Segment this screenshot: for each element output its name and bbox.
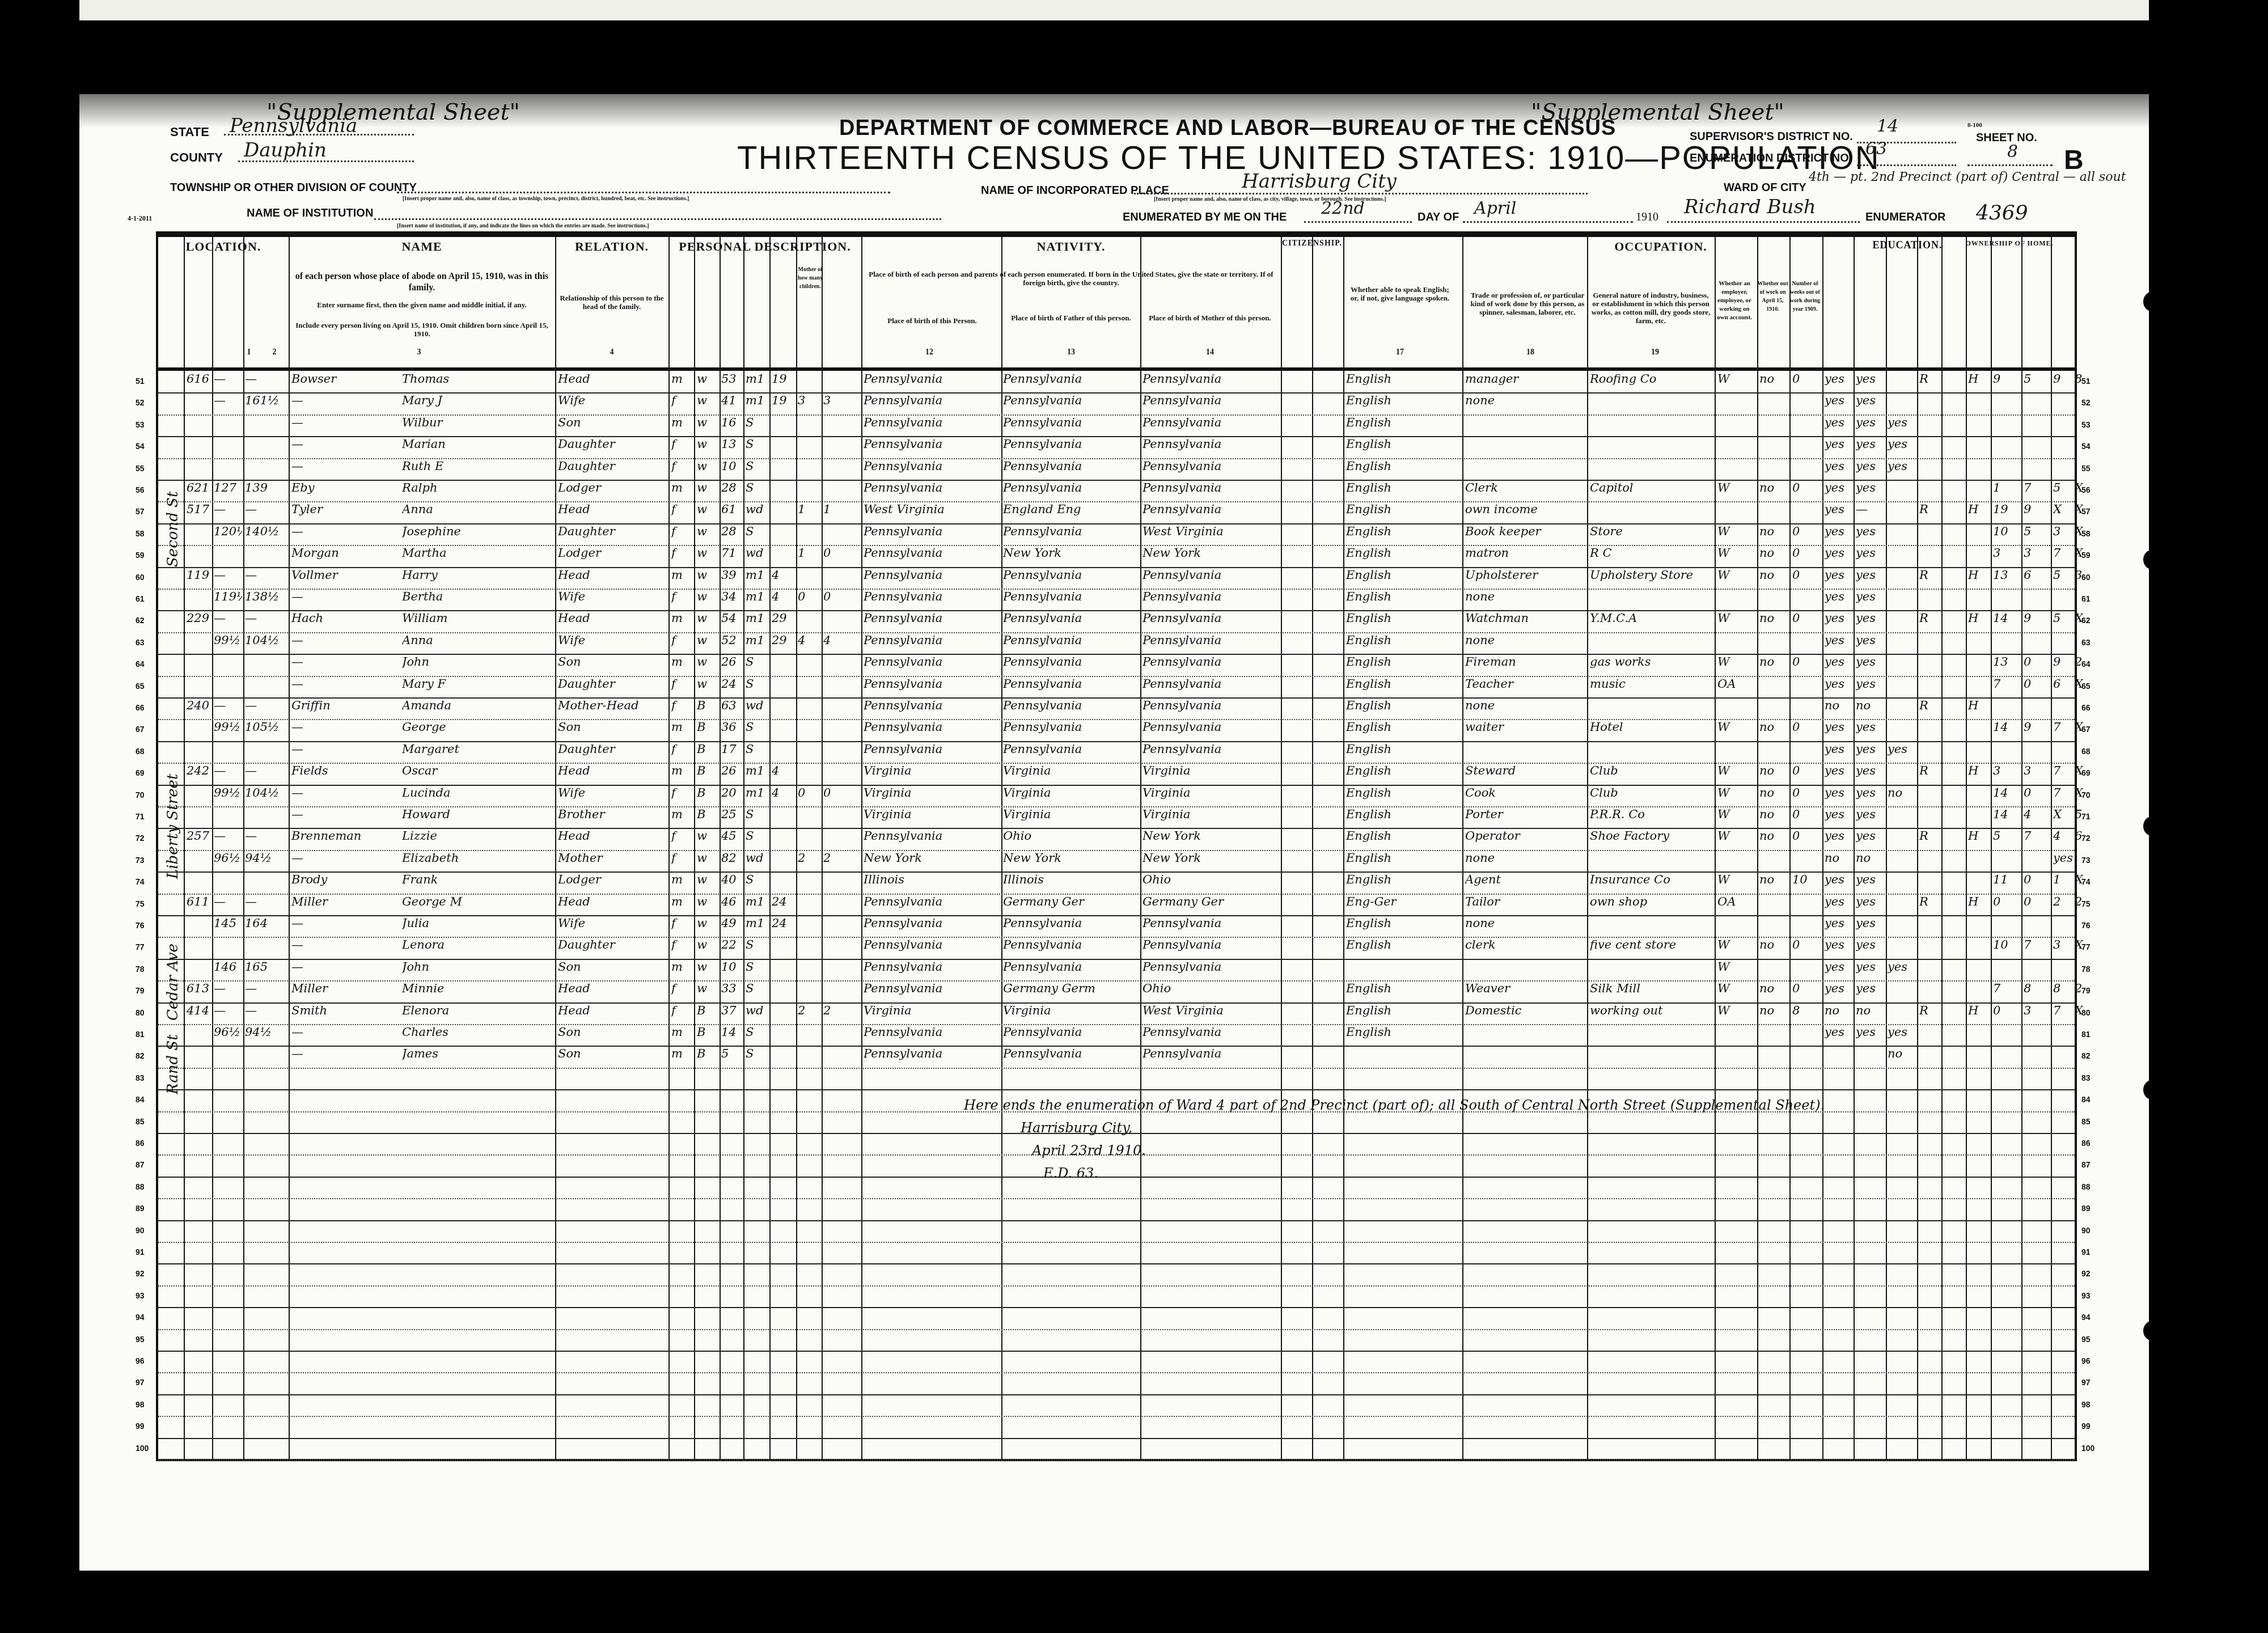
cell-given: Julia: [402, 916, 552, 930]
cell-family: —: [245, 502, 287, 516]
line-number: 86: [136, 1139, 145, 1148]
cell-dwelling: —: [214, 502, 242, 516]
cell-dwelling: —: [214, 568, 242, 582]
cell-family: 94½: [245, 1025, 287, 1039]
out-of-work-header: Whether out of work on April 15, 1910.: [1757, 280, 1788, 314]
cell-c32: X: [2075, 1004, 2083, 1017]
table-row: 676799½105½—GeorgeSonmB36SPennsylvaniaPe…: [158, 719, 2075, 742]
cell-write: yes: [1856, 546, 1884, 560]
group-nativity: NATIVITY.: [861, 239, 1281, 261]
cell-lang: English: [1346, 720, 1459, 734]
cell-family: —: [245, 982, 287, 995]
line-number: 90: [136, 1226, 145, 1235]
cell-age: 5: [721, 1047, 743, 1060]
cell-c32: 2: [2075, 655, 2082, 669]
cell-write: yes: [1856, 524, 1884, 538]
cell-family: 164: [245, 916, 287, 930]
line-number: 53: [2081, 420, 2091, 429]
cell-father: New York: [1003, 851, 1139, 865]
cell-sex: m: [671, 873, 693, 886]
cell-read: no: [1825, 699, 1852, 712]
cell-color: w: [697, 459, 718, 473]
cell-weeks: 10: [1792, 873, 1821, 886]
cell-write: yes: [1856, 807, 1884, 821]
cell-color: w: [697, 546, 718, 560]
line-number: 74: [136, 877, 145, 886]
cell-c30: 7: [2024, 481, 2050, 494]
cell-relation: Mother: [558, 851, 666, 865]
county-value: Dauphin: [244, 139, 327, 162]
cell-c31: 9: [2053, 372, 2076, 386]
cell-sex: f: [671, 786, 693, 799]
cell-given: Bertha: [402, 590, 552, 603]
cell-owned: R: [1919, 1004, 1940, 1017]
cell-relation: Mother-Head: [558, 699, 666, 712]
census-page: State Pennsylvania County Dauphin "Suppl…: [79, 0, 2149, 1571]
cell-father: Pennsylvania: [1003, 1025, 1139, 1039]
birth-father-header: Place of birth of Father of this person.: [1003, 314, 1139, 322]
line-number: 71: [2081, 812, 2091, 821]
cell-family: 138½: [245, 590, 287, 603]
cell-birth: New York: [864, 851, 1000, 865]
cell-birth: Pennsylvania: [864, 394, 1000, 407]
cell-relation: Head: [558, 568, 666, 582]
cell-color: B: [697, 786, 718, 799]
cell-write: yes: [1856, 655, 1884, 669]
supervisor-district-label: Supervisor's District No.: [1690, 130, 1853, 143]
cell-trade: none: [1465, 633, 1584, 647]
cell-surname: Bowser: [291, 372, 399, 386]
table-row: 8888: [158, 1177, 2075, 1199]
cell-yrs: 19: [772, 372, 794, 386]
cell-emp: W: [1717, 960, 1754, 974]
table-row: 818196½94½—CharlesSonmB14SPennsylvaniaPe…: [158, 1024, 2075, 1047]
line-number: 90: [2081, 1226, 2091, 1235]
cell-c31: X: [2053, 502, 2076, 516]
cell-c32: X: [2075, 764, 2083, 777]
cell-house: 229: [187, 611, 212, 625]
cell-dwelling: 99½: [214, 720, 242, 734]
cell-c29: 10: [1993, 938, 2020, 951]
state-line: [224, 134, 414, 136]
cell-industry: working out: [1590, 1004, 1712, 1017]
cell-owned: R: [1919, 895, 1940, 908]
cell-read: no: [1825, 851, 1852, 865]
colnum-19: 19: [1644, 348, 1666, 357]
group-name: NAME: [289, 239, 555, 261]
cell-industry: Roofing Co: [1590, 372, 1712, 386]
cell-trade: waiter: [1465, 720, 1584, 734]
cell-father: Virginia: [1003, 807, 1139, 821]
cell-c31: 5: [2053, 568, 2076, 582]
cell-age: 17: [721, 742, 743, 756]
cell-surname: Morgan: [291, 546, 399, 560]
cell-father: Pennsylvania: [1003, 590, 1139, 603]
cell-relation: Head: [558, 502, 666, 516]
cell-industry: gas works: [1590, 655, 1712, 669]
cell-birth: Pennsylvania: [864, 372, 1000, 386]
cell-color: w: [697, 416, 718, 429]
cell-color: B: [697, 1025, 718, 1039]
cell-marital: wd: [746, 1004, 768, 1017]
supplemental-sheet-left: "Supplemental Sheet": [266, 99, 520, 125]
cell-out: no: [1759, 481, 1788, 494]
cell-out: no: [1759, 829, 1788, 843]
cell-family: —: [245, 829, 287, 843]
cell-marital: m1: [746, 372, 768, 386]
colnum-14: 14: [1199, 348, 1221, 357]
cell-c31: 7: [2053, 764, 2076, 777]
cell-c30: 3: [2024, 1004, 2050, 1017]
line-number: 55: [136, 464, 145, 473]
cell-color: w: [697, 655, 718, 669]
table-row: 9898: [158, 1394, 2075, 1417]
cell-c29: 0: [1993, 1004, 2020, 1017]
cell-trade: clerk: [1465, 938, 1584, 951]
table-row: 5151616——BowserThomasHeadmw53m119Pennsyl…: [158, 371, 2075, 394]
line-number: 71: [136, 812, 145, 821]
cell-emp: W: [1717, 372, 1754, 386]
cell-school: yes: [1888, 416, 1916, 429]
cell-sex: f: [671, 938, 693, 951]
cell-relation: Lodger: [558, 481, 666, 494]
cell-write: yes: [1856, 829, 1884, 843]
supervisor-district-value: 14: [1877, 116, 1898, 136]
cell-write: yes: [1856, 611, 1884, 625]
cell-c31: 7: [2053, 786, 2076, 799]
punch-hole: [2143, 292, 2160, 311]
cell-sex: m: [671, 960, 693, 974]
cell-c30: 0: [2024, 895, 2050, 908]
group-location: LOCATION.: [158, 239, 289, 261]
cell-given: Frank: [402, 873, 552, 886]
cell-age: 41: [721, 394, 743, 407]
cell-weeks: 0: [1792, 786, 1821, 799]
cell-color: w: [697, 524, 718, 538]
stamp-number: 4369: [1976, 201, 2028, 225]
cell-c32: X: [2075, 786, 2083, 799]
cell-mother: Pennsylvania: [1143, 720, 1279, 734]
cell-industry: Y.M.C.A: [1590, 611, 1712, 625]
cell-yrs: 4: [772, 568, 794, 582]
incorporated-place-value: Harrisburg City: [1242, 170, 1397, 193]
cell-birth: Virginia: [864, 1004, 1000, 1017]
cell-emp: W: [1717, 807, 1754, 821]
cell-color: w: [697, 851, 718, 865]
cell-born: 1: [798, 546, 820, 560]
cell-trade: Upholsterer: [1465, 568, 1584, 582]
cell-marital: S: [746, 416, 768, 429]
sheet-line: [1967, 164, 2053, 166]
line-number: 54: [136, 442, 145, 451]
cell-farm: H: [1968, 611, 1988, 625]
line-number: 75: [136, 899, 145, 908]
line-number: 99: [136, 1422, 145, 1431]
cell-relation: Head: [558, 895, 666, 908]
cell-father: Pennsylvania: [1003, 916, 1139, 930]
line-number: 68: [136, 747, 145, 756]
cell-emp: W: [1717, 1004, 1754, 1017]
cell-father: Illinois: [1003, 873, 1139, 886]
cell-living: 2: [823, 851, 857, 865]
cell-birth: Illinois: [864, 873, 1000, 886]
line-number: 51: [2081, 376, 2091, 386]
cell-mother: Pennsylvania: [1143, 416, 1279, 429]
cell-age: 14: [721, 1025, 743, 1039]
enumerator-name: Richard Bush: [1684, 196, 1816, 218]
cell-write: yes: [1856, 633, 1884, 647]
cell-lang: English: [1346, 677, 1459, 691]
line-number: 77: [136, 942, 145, 951]
line-number: 82: [136, 1051, 145, 1060]
cell-c32: 8: [2075, 372, 2082, 386]
cell-family: —: [245, 764, 287, 777]
cell-lang: English: [1346, 481, 1459, 494]
census-table: LOCATION. NAME RELATION. PERSONAL DESCRI…: [156, 231, 2077, 1461]
closing-note-line1: Here ends the enumeration of Ward 4 part…: [964, 1097, 1825, 1113]
street-label: Rand St: [164, 1034, 181, 1094]
day-line: [1304, 221, 1412, 223]
cell-age: 26: [721, 655, 743, 669]
cell-surname: Brody: [291, 873, 399, 886]
cell-emp: OA: [1717, 677, 1754, 691]
cell-mother: Pennsylvania: [1143, 611, 1279, 625]
cell-read: yes: [1825, 829, 1852, 843]
line-number: 63: [136, 638, 145, 647]
cell-age: 33: [721, 982, 743, 995]
cell-c31: 7: [2053, 720, 2076, 734]
line-number: 79: [136, 986, 145, 995]
table-row: 5454—MarianDaughterfw13SPennsylvaniaPenn…: [158, 436, 2075, 459]
cell-c30: 5: [2024, 524, 2050, 538]
cell-age: 24: [721, 677, 743, 691]
table-row: 100100: [158, 1438, 2075, 1461]
cell-trade: Weaver: [1465, 982, 1584, 995]
cell-given: Anna: [402, 502, 552, 516]
line-number: 76: [136, 921, 145, 930]
cell-lang: English: [1346, 982, 1459, 995]
punch-hole: [2143, 1080, 2160, 1099]
cell-marital: S: [746, 742, 768, 756]
cell-marital: m1: [746, 916, 768, 930]
cell-surname: —: [291, 677, 399, 691]
cell-dwelling: —: [214, 394, 242, 407]
cell-c29: 1: [1993, 481, 2020, 494]
line-number: 61: [136, 594, 145, 603]
closing-note-line2: Harrisburg City,: [1021, 1120, 1132, 1136]
cell-born: 3: [798, 394, 820, 407]
cell-marital: m1: [746, 590, 768, 603]
line-number: 95: [136, 1335, 145, 1344]
cell-c29: 14: [1993, 807, 2020, 821]
cell-dwelling: —: [214, 764, 242, 777]
cell-lang: English: [1346, 372, 1459, 386]
line-number: 85: [2081, 1117, 2091, 1126]
cell-house: 613: [187, 982, 212, 995]
line-number: 97: [2081, 1378, 2091, 1387]
cell-age: 63: [721, 699, 743, 712]
cell-trade: Clerk: [1465, 481, 1584, 494]
line-number: 99: [2081, 1422, 2091, 1431]
cell-owned: R: [1919, 699, 1940, 712]
cell-read: yes: [1825, 895, 1852, 908]
cell-write: —: [1856, 502, 1884, 516]
cell-relation: Head: [558, 1004, 666, 1017]
cell-dwelling: 127: [214, 481, 242, 494]
cell-lang: English: [1346, 459, 1459, 473]
cell-surname: Fields: [291, 764, 399, 777]
cell-mother: West Virginia: [1143, 524, 1279, 538]
cell-c29: 14: [1993, 786, 2020, 799]
cell-emp: W: [1717, 982, 1754, 995]
cell-c30: 0: [2024, 655, 2050, 669]
cell-birth: Pennsylvania: [864, 459, 1000, 473]
cell-given: Mary F: [402, 677, 552, 691]
cell-farm: H: [1968, 895, 1988, 908]
cell-c30: 0: [2024, 677, 2050, 691]
cell-dwelling: —: [214, 982, 242, 995]
cell-sex: f: [671, 590, 693, 603]
cell-c29: 0: [1993, 895, 2020, 908]
cell-age: 46: [721, 895, 743, 908]
cell-farm: H: [1968, 829, 1988, 843]
line-number: 97: [136, 1378, 145, 1387]
name-hint-include: Include every person living on April 15,…: [294, 321, 549, 338]
line-number: 52: [136, 398, 145, 407]
cell-dwelling: 96½: [214, 1025, 242, 1039]
cell-dwelling: 99½: [214, 786, 242, 799]
cell-color: B: [697, 1047, 718, 1060]
cell-out: no: [1759, 524, 1788, 538]
cell-industry: Store: [1590, 524, 1712, 538]
cell-surname: —: [291, 416, 399, 429]
cell-lang: English: [1346, 546, 1459, 560]
cell-age: 71: [721, 546, 743, 560]
cell-marital: S: [746, 677, 768, 691]
cell-age: 28: [721, 481, 743, 494]
cell-yrs: 29: [772, 633, 794, 647]
cell-trade: Book keeper: [1465, 524, 1584, 538]
cell-write: yes: [1856, 481, 1884, 494]
colnum-1: 1: [238, 348, 260, 357]
cell-c30: 3: [2024, 546, 2050, 560]
cell-write: yes: [1856, 677, 1884, 691]
cell-father: Pennsylvania: [1003, 437, 1139, 451]
cell-write: no: [1856, 1004, 1884, 1017]
cell-lang: English: [1346, 1025, 1459, 1039]
cell-age: 61: [721, 502, 743, 516]
cell-dwelling: —: [214, 1004, 242, 1017]
cell-mother: Pennsylvania: [1143, 372, 1279, 386]
cell-industry: music: [1590, 677, 1712, 691]
cell-write: yes: [1856, 786, 1884, 799]
cell-write: yes: [1856, 459, 1884, 473]
cell-color: w: [697, 677, 718, 691]
table-row: 9797: [158, 1372, 2075, 1395]
birth-person-header: Place of birth of this Person.: [864, 316, 1000, 325]
cell-c32: X: [2075, 524, 2083, 538]
cell-write: yes: [1856, 416, 1884, 429]
cell-father: Pennsylvania: [1003, 416, 1139, 429]
scan-dark-band: [79, 20, 2149, 94]
cell-relation: Lodger: [558, 873, 666, 886]
cell-sex: f: [671, 633, 693, 647]
cell-c29: 13: [1993, 568, 2020, 582]
cell-c29: 7: [1993, 982, 2020, 995]
cell-age: 34: [721, 590, 743, 603]
cell-trade: matron: [1465, 546, 1584, 560]
table-row: 6262229——HachWilliamHeadmw54m129Pennsylv…: [158, 610, 2075, 633]
cell-mother: Pennsylvania: [1143, 1025, 1279, 1039]
cell-marital: S: [746, 1047, 768, 1060]
cell-given: Oscar: [402, 764, 552, 777]
cell-read: yes: [1825, 960, 1852, 974]
table-row: 7171—HowardBrothermB25SVirginiaVirginiaV…: [158, 806, 2075, 829]
line-number: 69: [136, 768, 145, 777]
cell-weeks: 0: [1792, 764, 1821, 777]
cell-age: 39: [721, 568, 743, 582]
county-line: [238, 160, 414, 162]
cell-sex: f: [671, 851, 693, 865]
cell-industry: Hotel: [1590, 720, 1712, 734]
line-number: 87: [2081, 1160, 2091, 1169]
cell-birth: Pennsylvania: [864, 1047, 1000, 1060]
cell-surname: Brenneman: [291, 829, 399, 843]
cell-given: Anna: [402, 633, 552, 647]
cell-emp: W: [1717, 611, 1754, 625]
table-row: 9999: [158, 1416, 2075, 1439]
sheet-no-label: Sheet No.: [1976, 132, 2037, 145]
enumeration-district-value: 63: [1865, 139, 1887, 159]
cell-read: yes: [1825, 394, 1852, 407]
cell-school: yes: [1888, 1025, 1916, 1039]
cell-surname: —: [291, 633, 399, 647]
cell-c32: 5: [2075, 807, 2082, 821]
birth-mother-header: Place of birth of Mother of this person.: [1142, 314, 1278, 322]
cell-lang: English: [1346, 699, 1459, 712]
line-number: 64: [136, 659, 145, 669]
cell-relation: Son: [558, 1025, 666, 1039]
cell-surname: —: [291, 655, 399, 669]
cell-given: Martha: [402, 546, 552, 560]
cell-write: no: [1856, 851, 1884, 865]
cell-c32: 2: [2075, 982, 2082, 995]
line-number: 81: [2081, 1030, 2091, 1039]
cell-mother: Pennsylvania: [1143, 481, 1279, 494]
group-relation: RELATION.: [555, 239, 668, 261]
institution-label: Name of Institution: [247, 207, 373, 220]
cell-surname: —: [291, 720, 399, 734]
table-row: 5858120½140½—JosephineDaughterfw28SPenns…: [158, 523, 2075, 546]
cell-birth: West Virginia: [864, 502, 1000, 516]
table-header: LOCATION. NAME RELATION. PERSONAL DESCRI…: [158, 237, 2075, 371]
cell-out: no: [1759, 873, 1788, 886]
cell-surname: —: [291, 459, 399, 473]
colnum-2: 2: [263, 348, 286, 357]
table-row: 8080414——SmithElenoraHeadfB37wd22Virgini…: [158, 1002, 2075, 1025]
line-number: 96: [2081, 1356, 2091, 1365]
cell-surname: Tyler: [291, 502, 399, 516]
cell-out: no: [1759, 807, 1788, 821]
table-row: 6868—MargaretDaughterfB17SPennsylvaniaPe…: [158, 741, 2075, 764]
cell-house: 517: [187, 502, 212, 516]
line-number: 96: [136, 1356, 145, 1365]
table-row: 8989: [158, 1198, 2075, 1221]
cell-mother: Pennsylvania: [1143, 960, 1279, 974]
cell-sex: m: [671, 611, 693, 625]
group-ownership: OWNERSHIP OF HOME.: [1956, 239, 2063, 261]
cell-sex: f: [671, 524, 693, 538]
